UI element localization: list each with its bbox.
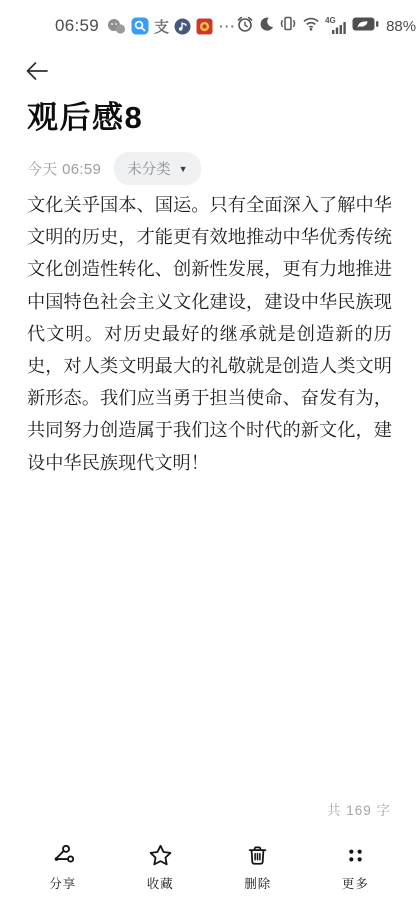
- star-icon: [147, 842, 174, 869]
- alarm-icon: [236, 15, 254, 38]
- more-label: 更多: [342, 874, 369, 892]
- share-button[interactable]: 分享: [14, 832, 112, 906]
- wifi-icon: [302, 16, 320, 36]
- trash-icon: [244, 842, 271, 869]
- battery-percent: 88%: [386, 18, 416, 35]
- status-bar: 06:59 支 ···: [0, 0, 418, 42]
- status-bar-right: 4G 88%: [236, 15, 416, 38]
- status-time: 06:59: [55, 16, 99, 36]
- signal-icon: 4G: [325, 17, 347, 35]
- delete-label: 删除: [244, 874, 271, 892]
- favorite-button[interactable]: 收藏: [112, 832, 210, 906]
- bottom-toolbar: 分享 收藏 删除 更多: [0, 832, 418, 906]
- note-content[interactable]: 文化关乎国本、国运。只有全面深入了解中华文明的历史，才能更有效地推动中华优秀传统…: [27, 189, 392, 479]
- favorite-label: 收藏: [147, 874, 174, 892]
- vibrate-icon: [279, 15, 297, 37]
- back-button[interactable]: [22, 56, 52, 86]
- chevron-down-icon: ▼: [179, 164, 188, 174]
- share-label: 分享: [49, 874, 76, 892]
- wechat-icon: [107, 18, 126, 35]
- category-selector[interactable]: 未分类 ▼: [114, 152, 200, 185]
- share-icon: [49, 842, 76, 869]
- status-bar-left: 06:59 支 ···: [55, 16, 236, 37]
- more-button[interactable]: 更多: [307, 832, 405, 906]
- category-label: 未分类: [127, 158, 171, 179]
- back-arrow-icon: [22, 56, 52, 86]
- delete-button[interactable]: 删除: [209, 832, 307, 906]
- alipay-icon: 支: [154, 16, 169, 37]
- music-app-icon: [174, 18, 191, 35]
- battery-saver-icon: [352, 17, 379, 36]
- moon-icon: [259, 16, 274, 37]
- more-notifications-icon: ···: [219, 18, 236, 34]
- more-dots-icon: [342, 842, 369, 869]
- news-app-icon: [196, 18, 213, 35]
- word-count: 共 169 字: [327, 799, 391, 819]
- note-title[interactable]: 观后感8: [27, 92, 398, 137]
- search-app-icon: [131, 17, 149, 35]
- note-timestamp: 今天 06:59: [27, 158, 101, 179]
- note-meta-row: 今天 06:59 未分类 ▼: [27, 152, 201, 185]
- notes-app-screen: 06:59 支 ···: [0, 0, 418, 906]
